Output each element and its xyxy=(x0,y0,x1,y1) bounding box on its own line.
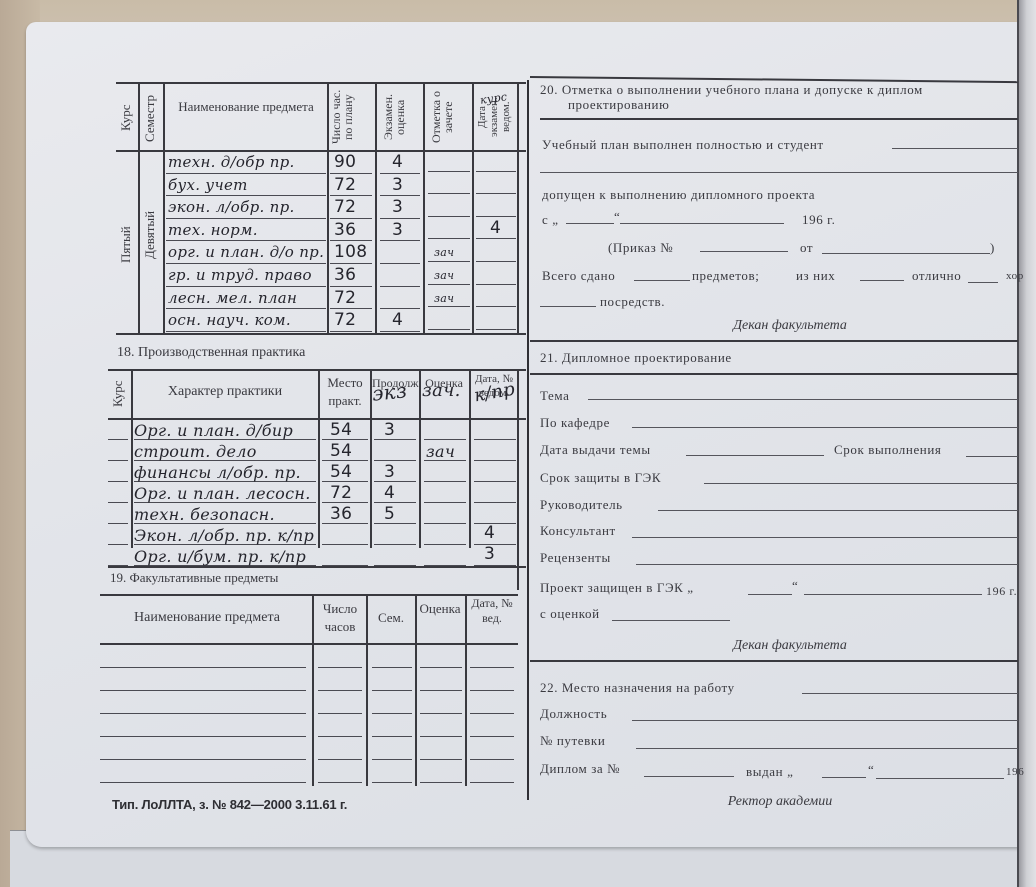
consultant-label: Консультант xyxy=(540,523,616,539)
row-underline xyxy=(166,240,326,241)
elective-subject-field[interactable] xyxy=(100,667,306,668)
row-underline xyxy=(428,216,470,217)
exam-grade-value: 3 xyxy=(392,197,403,217)
elective-date-field[interactable] xyxy=(470,667,514,668)
elective-subject-field[interactable] xyxy=(100,782,306,783)
of-them-label: из них xyxy=(796,268,835,284)
elective-hours-field[interactable] xyxy=(318,736,362,737)
row-underline xyxy=(108,481,128,482)
row-underline xyxy=(476,216,516,217)
elective-subject-field[interactable] xyxy=(100,713,306,714)
credit-mark-value: зач xyxy=(434,246,454,259)
row-underline xyxy=(428,193,470,194)
order-close: ) xyxy=(990,240,995,256)
exam-grade-value: 4 xyxy=(392,310,403,330)
row-underline xyxy=(424,565,466,566)
dean-signature-label-2: Декан факультета xyxy=(660,638,920,654)
elective-hours-field[interactable] xyxy=(318,759,362,760)
subject-name: тех. норм. xyxy=(168,221,258,239)
subject-name: лесн. мел. план xyxy=(168,289,297,307)
practice-character: Орг. и/бум. пр. к/пр xyxy=(134,547,306,566)
elective-semester-field[interactable] xyxy=(372,690,412,691)
practice-character: Орг. и план. лесосн. xyxy=(134,484,311,503)
elective-semester-field[interactable] xyxy=(372,736,412,737)
row-underline xyxy=(322,565,368,566)
hours-value: 36 xyxy=(334,220,356,240)
hours-value: 108 xyxy=(334,242,367,262)
row-underline xyxy=(322,544,368,545)
row-underline xyxy=(476,329,516,330)
row-underline xyxy=(380,240,420,241)
row-underline xyxy=(474,439,516,440)
section-18-title: 18. Производственная практика xyxy=(117,345,305,361)
row-underline xyxy=(330,331,372,332)
table-top-border xyxy=(116,82,526,84)
elective-hours-field[interactable] xyxy=(318,667,362,668)
department-field[interactable] xyxy=(632,427,1018,428)
row-underline xyxy=(476,306,516,307)
row-underline xyxy=(166,286,326,287)
admit-day-field[interactable] xyxy=(566,223,614,224)
row-underline xyxy=(474,460,516,461)
row-underline xyxy=(424,544,466,545)
hours-value: 72 xyxy=(334,310,356,330)
elective-grade-field[interactable] xyxy=(420,759,462,760)
row-underline xyxy=(474,565,516,566)
supervisor-field[interactable] xyxy=(658,510,1018,511)
hours-value: 36 xyxy=(334,265,356,285)
row-underline xyxy=(476,238,516,239)
row-underline xyxy=(428,171,470,172)
row-underline xyxy=(428,284,470,285)
col-divider xyxy=(415,596,417,786)
elective-date-field[interactable] xyxy=(470,736,514,737)
plan-completed-label: Учебный план выполнен полностью и студен… xyxy=(542,137,824,153)
issued-label: выдан „ xyxy=(746,764,793,780)
table-top-border xyxy=(100,594,518,596)
row-underline xyxy=(166,173,326,174)
admit-date-prefix: с „ xyxy=(542,212,559,228)
deadline-label: Срок выполнения xyxy=(834,442,942,458)
defended-year-label: 196 г. xyxy=(986,584,1017,599)
voucher-label: № путевки xyxy=(540,733,605,749)
section-21-title-border xyxy=(530,373,1018,375)
subjects-word: предметов; xyxy=(692,268,759,284)
topic-field[interactable] xyxy=(588,399,1018,400)
elective-hours-field[interactable] xyxy=(318,713,362,714)
admit-year-label: 196 г. xyxy=(802,212,835,228)
subject-name: бух. учет xyxy=(168,176,248,194)
order-number-field[interactable] xyxy=(700,251,788,252)
row-underline xyxy=(424,523,466,524)
header-practice-place: Место практ. xyxy=(320,374,370,410)
practice-place-value: 54 xyxy=(330,462,352,482)
row-underline xyxy=(330,308,372,309)
credit-mark-value: зач xyxy=(434,269,454,282)
row-underline xyxy=(166,308,326,309)
issue-date-label: Дата выдачи темы xyxy=(540,442,651,458)
defended-month-field[interactable] xyxy=(804,594,982,595)
elective-semester-field[interactable] xyxy=(372,759,412,760)
defended-label: Проект защищен в ГЭК „ xyxy=(540,580,694,596)
row-underline xyxy=(380,263,420,264)
diploma-number-field[interactable] xyxy=(644,776,734,777)
row-underline xyxy=(476,261,516,262)
section-21-title: 21. Дипломное проектирование xyxy=(540,350,732,366)
row-underline xyxy=(108,523,128,524)
header-elective-hours: Число часов xyxy=(314,600,366,636)
row-underline xyxy=(374,565,416,566)
row-underline xyxy=(166,195,326,196)
row-underline xyxy=(380,195,420,196)
header-elective-subject: Наименование предмета xyxy=(104,610,310,626)
row-underline xyxy=(166,263,326,264)
row-underline xyxy=(330,173,372,174)
row-underline xyxy=(428,261,470,262)
excellent-field[interactable] xyxy=(968,282,998,283)
row-underline xyxy=(428,329,470,330)
practice-character: строит. дело xyxy=(134,442,257,461)
with-grade-field[interactable] xyxy=(612,620,730,621)
elective-hours-field[interactable] xyxy=(318,782,362,783)
elective-semester-field[interactable] xyxy=(372,782,412,783)
hours-value: 72 xyxy=(334,288,356,308)
elective-grade-field[interactable] xyxy=(420,713,462,714)
section-20-title-border xyxy=(540,118,1018,120)
issued-year-label: 196 xyxy=(1006,766,1024,778)
defended-quote: “ xyxy=(792,578,798,594)
practice-duration-value: 3 xyxy=(384,462,395,482)
row-underline xyxy=(374,460,416,461)
order-prefix: (Приказ № xyxy=(608,240,673,256)
row-underline xyxy=(474,481,516,482)
section-20-title: 20. Отметка о выполнении учебного плана … xyxy=(540,82,923,98)
subject-name: гр. и труд. право xyxy=(168,266,312,284)
satisfactory-field[interactable] xyxy=(540,306,596,307)
print-info: Тип. ЛоЛЛТА, з. № 842—2000 3.11.61 г. xyxy=(112,797,347,812)
header-elective-semester: Сем. xyxy=(368,610,414,626)
exam-grade-value: 3 xyxy=(392,220,403,240)
elective-date-field[interactable] xyxy=(470,782,514,783)
header-course: Курс xyxy=(112,372,124,416)
student-name-field[interactable] xyxy=(892,148,1018,149)
student-name-field-cont[interactable] xyxy=(540,172,1018,173)
practice-character: Экон. л/обр. пр. к/пр xyxy=(134,526,314,545)
practice-place-value: 54 xyxy=(330,441,352,461)
defense-deadline-field[interactable] xyxy=(704,483,1018,484)
practice-character: Орг. и план. д/бир xyxy=(134,421,293,440)
elective-semester-field[interactable] xyxy=(372,667,412,668)
elective-date-field[interactable] xyxy=(470,759,514,760)
elective-grade-field[interactable] xyxy=(420,667,462,668)
row-underline xyxy=(424,439,466,440)
row-underline xyxy=(108,544,128,545)
section-21-bottom-border xyxy=(530,660,1018,662)
row-underline xyxy=(476,193,516,194)
row-underline xyxy=(380,331,420,332)
dean-signature-label: Декан факультета xyxy=(660,318,920,334)
elective-grade-field[interactable] xyxy=(420,782,462,783)
rector-signature-label: Ректор академии xyxy=(650,794,910,810)
exam-grade-value: 3 xyxy=(392,175,403,195)
table-bottom-border xyxy=(116,333,526,335)
practice-place-value: 36 xyxy=(330,504,352,524)
department-label: По кафедре xyxy=(540,415,610,431)
semester-value: Девятый xyxy=(144,190,156,280)
defense-deadline-label: Срок защиты в ГЭК xyxy=(540,470,661,486)
workplace-field[interactable] xyxy=(802,693,1018,694)
row-underline xyxy=(380,173,420,174)
row-underline xyxy=(476,284,516,285)
satisfactory-label: посредств. xyxy=(600,294,665,310)
row-underline xyxy=(424,481,466,482)
hours-value: 72 xyxy=(334,175,356,195)
issued-quote: “ xyxy=(868,762,874,778)
row-underline xyxy=(108,502,128,503)
total-passed-field[interactable] xyxy=(634,280,690,281)
consultant-field[interactable] xyxy=(632,537,1018,538)
row-underline xyxy=(108,439,128,440)
elective-semester-field[interactable] xyxy=(372,713,412,714)
row-underline xyxy=(380,218,420,219)
reviewers-label: Рецензенты xyxy=(540,550,611,566)
section-20-title-cont: проектированию xyxy=(568,97,669,113)
practice-duration-value: 5 xyxy=(384,504,395,524)
elective-subject-field[interactable] xyxy=(100,759,306,760)
row-underline xyxy=(330,218,372,219)
elective-grade-field[interactable] xyxy=(420,736,462,737)
header-credit-mark: Отметка о зачете xyxy=(430,86,462,148)
issued-month-field[interactable] xyxy=(876,778,1004,779)
deadline-field[interactable] xyxy=(966,456,1018,457)
page-binding xyxy=(1017,0,1036,887)
row-underline xyxy=(330,195,372,196)
table-top-border xyxy=(108,369,526,371)
row-underline xyxy=(380,308,420,309)
column-separator xyxy=(527,80,529,800)
good-label: хор xyxy=(1006,270,1024,282)
elective-subject-field[interactable] xyxy=(100,690,306,691)
excellent-label: отлично xyxy=(912,268,961,284)
row-underline xyxy=(330,263,372,264)
header-semester: Семестр xyxy=(144,88,156,148)
header-elective-grade: Оценка xyxy=(417,600,463,618)
elective-subject-field[interactable] xyxy=(100,736,306,737)
reviewers-field[interactable] xyxy=(636,564,1018,565)
row-underline xyxy=(374,544,416,545)
practice-place-value: 72 xyxy=(330,483,352,503)
of-them-field[interactable] xyxy=(860,280,904,281)
handwritten-header-note: экз xyxy=(371,378,408,406)
row-underline xyxy=(330,286,372,287)
col-divider xyxy=(465,596,467,786)
supervisor-label: Руководитель xyxy=(540,497,623,513)
row-underline xyxy=(108,565,128,566)
practice-duration-value: 3 xyxy=(384,420,395,440)
row-underline xyxy=(476,171,516,172)
subject-name: техн. д/обр пр. xyxy=(168,153,295,171)
hours-value: 90 xyxy=(334,152,356,172)
row-underline xyxy=(474,502,516,503)
issued-day-field[interactable] xyxy=(822,777,866,778)
header-subject-name: Наименование предмета xyxy=(166,96,326,118)
topic-label: Тема xyxy=(540,388,570,404)
row-underline xyxy=(424,502,466,503)
elective-grade-field[interactable] xyxy=(420,690,462,691)
order-from-label: от xyxy=(800,240,813,256)
subject-name: орг. и план. д/о пр. xyxy=(168,243,324,261)
hours-value: 72 xyxy=(334,197,356,217)
handwritten-header-note: зач. xyxy=(422,380,461,401)
with-grade-label: с оценкой xyxy=(540,606,600,622)
practice-grade-value: зач xyxy=(426,442,455,461)
practice-character: финансы л/обр. пр. xyxy=(134,463,301,482)
row-underline xyxy=(166,331,326,332)
header-practice-character: Характер практики xyxy=(134,384,316,400)
defended-day-field[interactable] xyxy=(748,594,792,595)
practice-date-value: 4 xyxy=(484,523,495,543)
elective-date-field[interactable] xyxy=(470,690,514,691)
row-underline xyxy=(166,218,326,219)
voucher-field[interactable] xyxy=(636,748,1018,749)
practice-duration-value: 4 xyxy=(384,483,395,503)
practice-character: техн. безопасн. xyxy=(134,505,275,524)
elective-hours-field[interactable] xyxy=(318,690,362,691)
section-20-bottom-border xyxy=(530,340,1018,342)
header-elective-date: Дата, № вед. xyxy=(468,596,516,626)
diploma-label: Диплом за № xyxy=(540,761,620,777)
header-course: Курс xyxy=(120,90,132,146)
admit-month-field[interactable] xyxy=(620,223,784,224)
practice-date-value: 3 xyxy=(484,544,495,564)
section-19-title: 19. Факультативные предметы xyxy=(110,570,278,586)
header-bottom-border xyxy=(100,643,518,645)
total-passed-label: Всего сдано xyxy=(542,268,615,284)
elective-date-field[interactable] xyxy=(470,713,514,714)
exam-sheet-date-value: 4 xyxy=(490,218,501,238)
credit-mark-value: зач xyxy=(434,292,454,305)
position-field[interactable] xyxy=(632,720,1018,721)
row-underline xyxy=(330,240,372,241)
exam-grade-value: 4 xyxy=(392,152,403,172)
row-underline xyxy=(108,460,128,461)
issue-date-field[interactable] xyxy=(686,455,824,456)
order-date-field[interactable] xyxy=(822,253,990,254)
col-divider xyxy=(138,84,140,334)
admitted-label: допущен к выполнению дипломного проекта xyxy=(542,187,815,203)
subject-name: осн. науч. ком. xyxy=(168,311,291,329)
section-22-title: 22. Место назначения на работу xyxy=(540,680,735,696)
row-underline xyxy=(428,306,470,307)
header-exam-grade: Экзамен. оценка xyxy=(382,86,414,148)
row-underline xyxy=(428,238,470,239)
header-hours: Число час. по плану xyxy=(330,86,372,148)
course-value: Пятый xyxy=(120,200,132,290)
row-underline xyxy=(380,286,420,287)
practice-place-value: 54 xyxy=(330,420,352,440)
subject-name: экон. л/обр. пр. xyxy=(168,198,295,216)
position-label: Должность xyxy=(540,706,607,722)
